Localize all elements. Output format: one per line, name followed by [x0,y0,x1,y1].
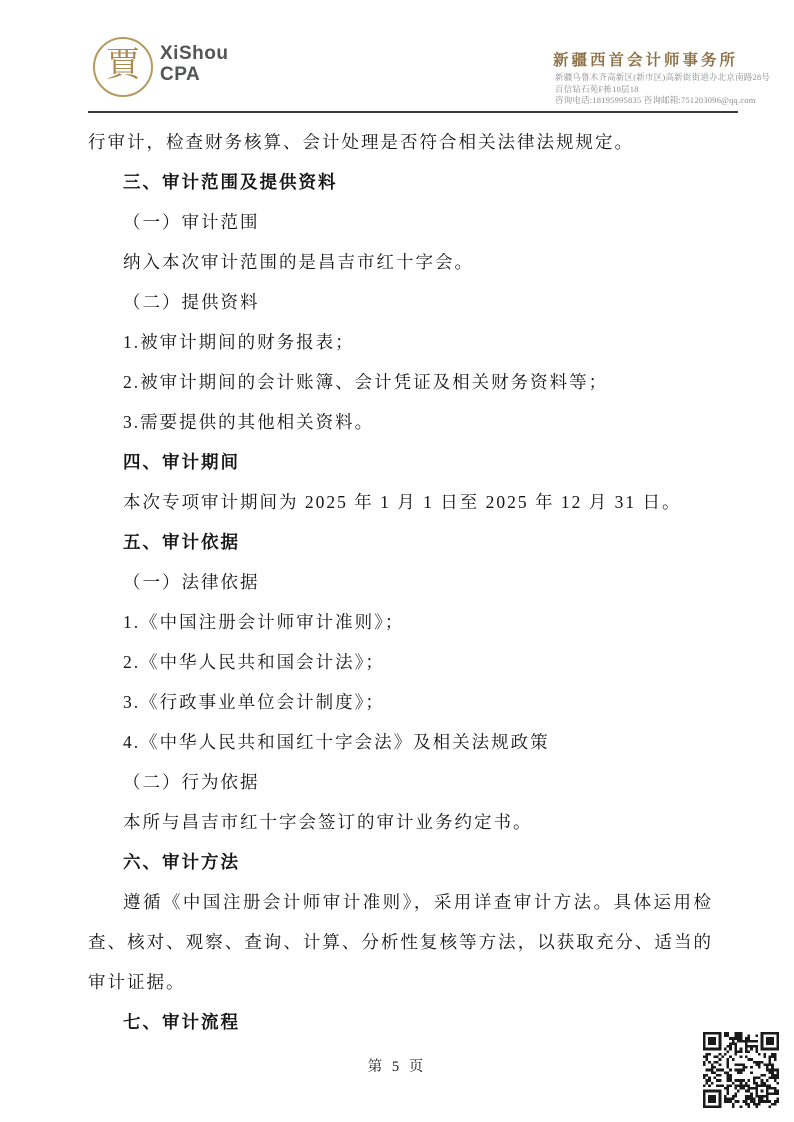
paragraph: （二）提供资料 [88,282,713,322]
firm-address-line2: 百信钻石苑F栋10层18 [555,84,790,96]
firm-address-line1: 新疆乌鲁木齐高新区(新市区)高新街街道办北京南路28号 [555,72,790,84]
section-heading: 六、审计方法 [88,842,713,882]
paragraph: 3.《行政事业单位会计制度》； [88,682,713,722]
paragraph: 本次专项审计期间为 2025 年 1 月 1 日至 2025 年 12 月 31… [88,482,713,522]
paragraph: （二）行为依据 [88,762,713,802]
header-divider [88,111,738,113]
paragraph: 3.需要提供的其他相关资料。 [88,402,713,442]
section-heading: 七、审计流程 [88,1002,713,1042]
section-heading: 三、审计范围及提供资料 [88,162,713,202]
paragraph: （一）审计范围 [88,202,713,242]
document-body: 行审计，检查财务核算、会计处理是否符合相关法律法规规定。三、审计范围及提供资料（… [88,122,713,1042]
paragraph: 2.《中华人民共和国会计法》； [88,642,713,682]
firm-name: 新疆西首会计师事务所 [553,48,743,70]
paragraph: 纳入本次审计范围的是昌吉市红十字会。 [88,242,713,282]
brand-line-1: XiShou [160,43,228,64]
section-heading: 四、审计期间 [88,442,713,482]
paragraph: 行审计，检查财务核算、会计处理是否符合相关法律法规规定。 [88,122,713,162]
paragraph: 1.被审计期间的财务报表； [88,322,713,362]
brand-line-2: CPA [160,64,228,85]
paragraph: 2.被审计期间的会计账簿、会计凭证及相关财务资料等； [88,362,713,402]
paragraph: 1.《中国注册会计师审计准则》； [88,602,713,642]
brand-wordmark: XiShou CPA [160,43,228,85]
qr-code [703,1032,779,1108]
section-heading: 五、审计依据 [88,522,713,562]
paragraph: 遵循《中国注册会计师审计准则》，采用详查审计方法。具体运用检查、核对、观察、查询… [88,882,713,1002]
firm-contact-block: 新疆乌鲁木齐高新区(新市区)高新街街道办北京南路28号 百信钻石苑F栋10层18… [555,72,790,107]
document-page: 賈 XiShou CPA 新疆西首会计师事务所 新疆乌鲁木齐高新区(新市区)高新… [0,0,794,1122]
paragraph: （一）法律依据 [88,562,713,602]
logo-seal-glyph: 賈 [106,49,140,83]
firm-logo-icon: 賈 [93,37,153,97]
firm-contact-line: 咨询电话:18195995835 咨询邮箱:751203096@qq.com [555,95,790,107]
page-number: 第 5 页 [0,1055,794,1076]
paragraph: 本所与昌吉市红十字会签订的审计业务约定书。 [88,802,713,842]
paragraph: 4.《中华人民共和国红十字会法》及相关法规政策 [88,722,713,762]
